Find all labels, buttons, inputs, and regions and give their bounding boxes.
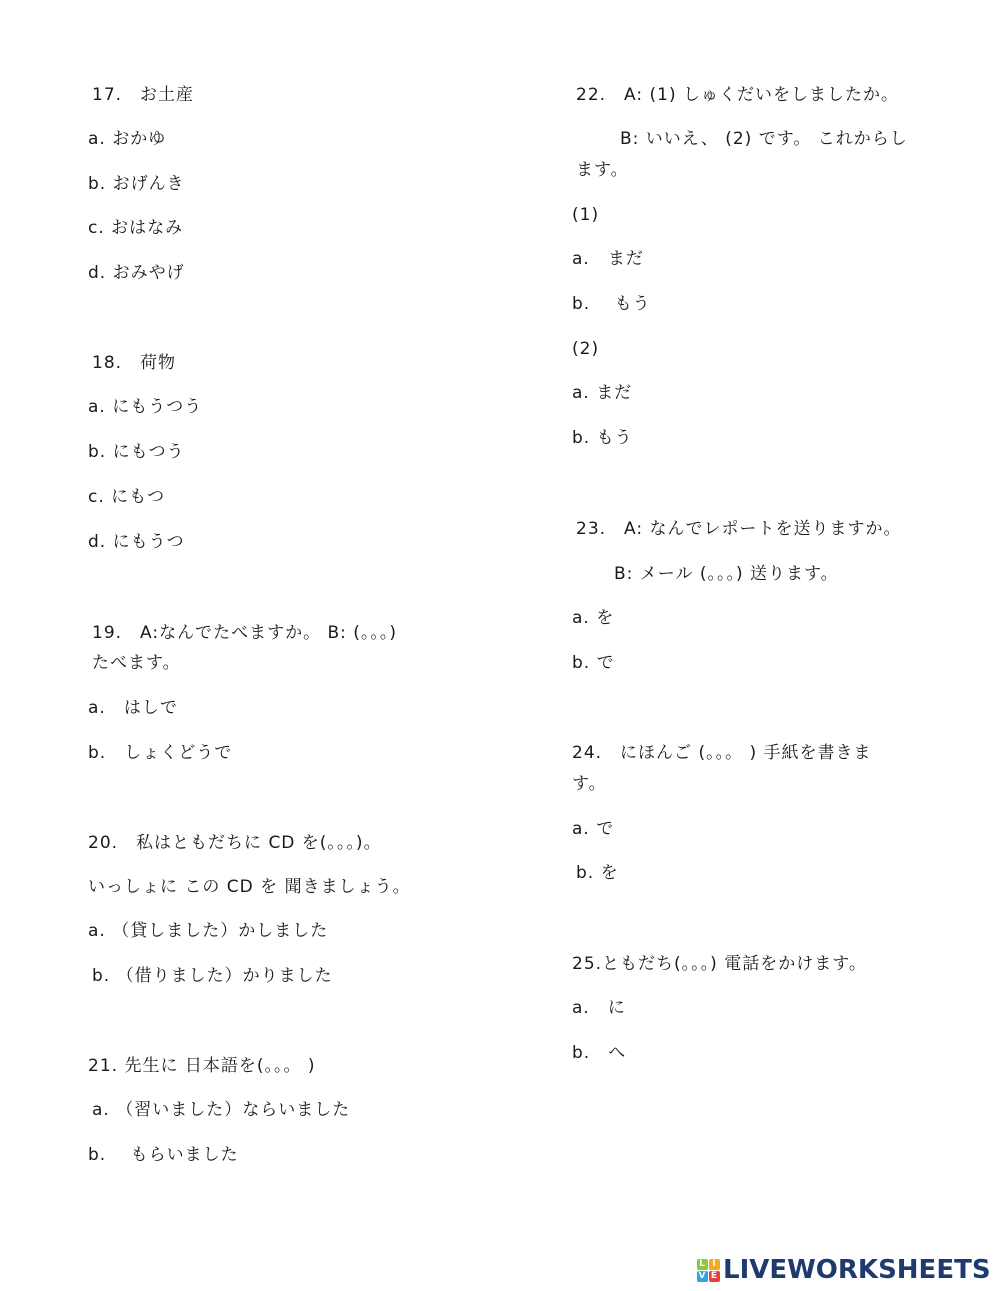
- badge-letter-v: V: [697, 1271, 708, 1282]
- badge-letter-i: I: [709, 1259, 720, 1270]
- question-24-cont: す。: [572, 773, 607, 795]
- q22-part2-option-b[interactable]: b. もう: [572, 427, 633, 449]
- question-18: 18. 荷物: [92, 352, 176, 374]
- q23-option-a[interactable]: a. を: [572, 607, 614, 629]
- live-badge-icon: L I V E: [696, 1258, 720, 1282]
- q17-option-d[interactable]: d. おみやげ: [88, 262, 185, 284]
- question-23-line2: B: メール (。。。) 送ります。: [614, 563, 839, 585]
- q24-option-b[interactable]: b. を: [576, 862, 619, 884]
- question-20-cont: いっしょに この CD を 聞きましょう。: [88, 876, 411, 898]
- question-22: 22. A: (1) しゅくだいをしましたか。: [576, 84, 899, 106]
- q17-option-a[interactable]: a. おかゆ: [88, 128, 166, 150]
- q19-option-b[interactable]: b. しょくどうで: [88, 742, 232, 764]
- q18-option-d[interactable]: d. にもうつ: [88, 531, 185, 553]
- question-19: 19. A:なんでたべますか。 B: (。。。): [92, 622, 397, 644]
- question-24: 24. にほんご (。。。 ) 手紙を書きま: [572, 742, 872, 764]
- q20-option-a[interactable]: a. （貸しました）かしました: [88, 920, 328, 942]
- q17-option-c[interactable]: c. おはなみ: [88, 217, 183, 239]
- logo-text: LIVEWORKSHEETS: [723, 1256, 991, 1284]
- q18-option-b[interactable]: b. にもつう: [88, 441, 185, 463]
- question-17: 17. お土産: [92, 84, 194, 106]
- q24-option-a[interactable]: a. で: [572, 818, 614, 840]
- q21-option-b[interactable]: b. もらいました: [88, 1144, 239, 1166]
- q22-part1-option-b[interactable]: b. もう: [572, 293, 651, 315]
- q18-option-a[interactable]: a. にもうつう: [88, 396, 202, 418]
- question-22-line3: ます。: [576, 159, 629, 181]
- q22-part2-label: (2): [572, 338, 599, 360]
- question-25: 25.ともだち(。。。) 電話をかけます。: [572, 953, 867, 975]
- q21-option-a[interactable]: a. （習いました）ならいました: [92, 1099, 350, 1121]
- question-23: 23. A: なんでレポートを送りますか。: [576, 518, 902, 540]
- q22-part2-option-a[interactable]: a. まだ: [572, 382, 632, 404]
- q25-option-a[interactable]: a. に: [572, 997, 626, 1019]
- q23-option-b[interactable]: b. で: [572, 652, 615, 674]
- liveworksheets-logo[interactable]: L I V E LIVEWORKSHEETS: [696, 1256, 991, 1284]
- badge-letter-e: E: [709, 1271, 720, 1282]
- q20-option-b[interactable]: b. （借りました）かりました: [92, 965, 333, 987]
- question-21: 21. 先生に 日本語を(。。。 ): [88, 1055, 316, 1077]
- q17-option-b[interactable]: b. おげんき: [88, 173, 185, 195]
- question-20: 20. 私はともだちに CD を(。。。)。: [88, 832, 382, 854]
- q22-part1-label: (1): [572, 204, 599, 226]
- q25-option-b[interactable]: b. へ: [572, 1042, 626, 1064]
- badge-letter-l: L: [697, 1259, 708, 1270]
- question-19-cont: たべます。: [92, 652, 181, 674]
- question-22-line2: B: いいえ、 (2) です。 これからし: [620, 128, 908, 150]
- q22-part1-option-a[interactable]: a. まだ: [572, 248, 644, 270]
- q19-option-a[interactable]: a. はしで: [88, 697, 178, 719]
- q18-option-c[interactable]: c. にもつ: [88, 486, 165, 508]
